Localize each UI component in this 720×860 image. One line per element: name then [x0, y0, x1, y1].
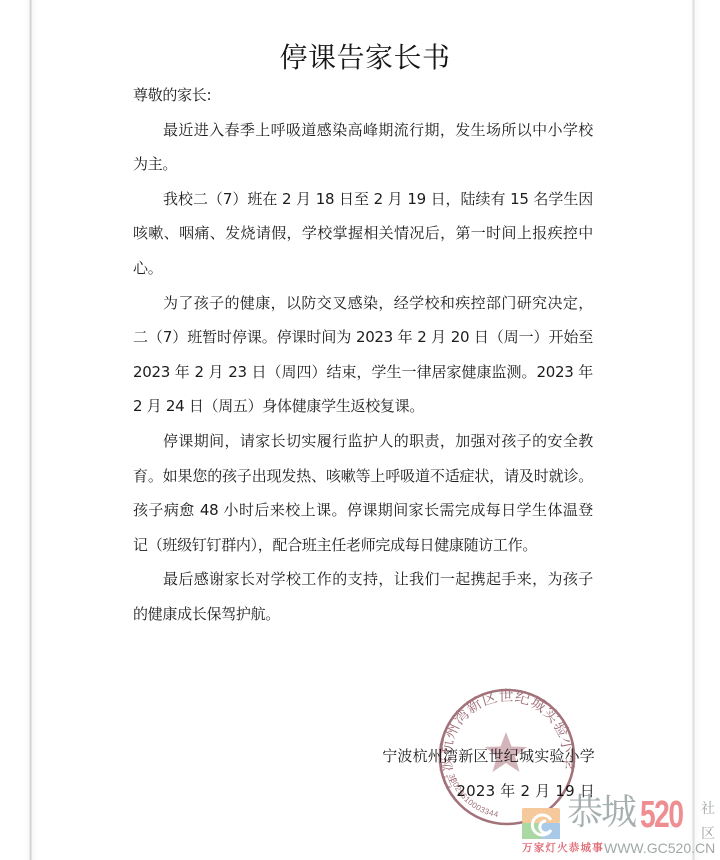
text-line: 我校二（7）班在 2 月 18 日至 2 月 19 日，陆续有 15 名学生因: [133, 182, 593, 217]
watermark-url: WWW.GC520.CN: [604, 839, 715, 857]
paper-edge-right: [687, 0, 701, 860]
watermark-slogan: 万家灯火恭城事: [522, 840, 604, 856]
paragraph-3: 为了孩子的健康，以防交叉感染，经学校和疾控部门研究决定， 二（7）班暂时停课。停…: [133, 286, 593, 424]
watermark-brand-text: 恭城: [567, 793, 635, 833]
paper-edge-left: [24, 0, 38, 860]
school-seal-stamp: 宁波杭州湾新区世纪城实验小学 33029610003344: [427, 677, 587, 837]
seal-code-text: 33029610003344: [447, 773, 499, 819]
gc520-logo-icon: [522, 808, 560, 839]
text-line: 育。如果您的孩子出现发热、咳嗽等上呼吸道不适症状，请及时就诊。: [133, 459, 593, 494]
text-line: 最后感谢家长对学校工作的支持，让我们一起携起手来，为孩子: [133, 562, 593, 597]
text-line: 2023 年 2 月 23 日（周四）结束，学生一律居家健康监测。2023 年: [133, 355, 593, 390]
text-line: 的健康成长保驾护航。: [133, 597, 593, 632]
paragraph-2: 我校二（7）班在 2 月 18 日至 2 月 19 日，陆续有 15 名学生因 …: [133, 182, 593, 286]
text-line: 2 月 24 日（周五）身体健康学生返校复课。: [133, 389, 593, 424]
text-line: 最近进入春季上呼吸道感染高峰期流行期，发生场所以中小学校: [133, 113, 593, 148]
document-title: 停课告家长书: [31, 40, 693, 76]
text-line: 咳嗽、咽痛、发烧请假，学校掌握相关情况后，第一时间上报疾控中: [133, 216, 593, 251]
paragraph-1: 最近进入春季上呼吸道感染高峰期流行期，发生场所以中小学校 为主。: [133, 113, 593, 182]
paragraph-5: 最后感谢家长对学校工作的支持，让我们一起携起手来，为孩子 的健康成长保驾护航。: [133, 562, 593, 631]
paragraph-4: 停课期间，请家长切实履行监护人的职责，加强对孩子的安全教 育。如果您的孩子出现发…: [133, 424, 593, 562]
letter-body: 尊敬的家长: 最近进入春季上呼吸道感染高峰期流行期，发生场所以中小学校 为主。 …: [133, 78, 593, 632]
watermark-brand-number: 520: [640, 795, 682, 835]
text-line: 心。: [133, 251, 593, 286]
text-line: 记（班级钉钉群内），配合班主任老师完成每日健康随访工作。: [133, 528, 593, 563]
salutation: 尊敬的家长:: [133, 78, 593, 113]
text-line: 为了孩子的健康，以防交叉感染，经学校和疾控部门研究决定，: [133, 286, 593, 321]
text-line: 二（7）班暂时停课。停课时间为 2023 年 2 月 20 日（周一）开始至: [133, 320, 593, 355]
text-line: 孩子病愈 48 小时后来校上课。停课期间家长需完成每日学生体温登: [133, 493, 593, 528]
text-line: 为主。: [133, 147, 593, 182]
text-line: 停课期间，请家长切实履行监护人的职责，加强对孩子的安全教: [133, 424, 593, 459]
star-icon: [485, 732, 527, 772]
